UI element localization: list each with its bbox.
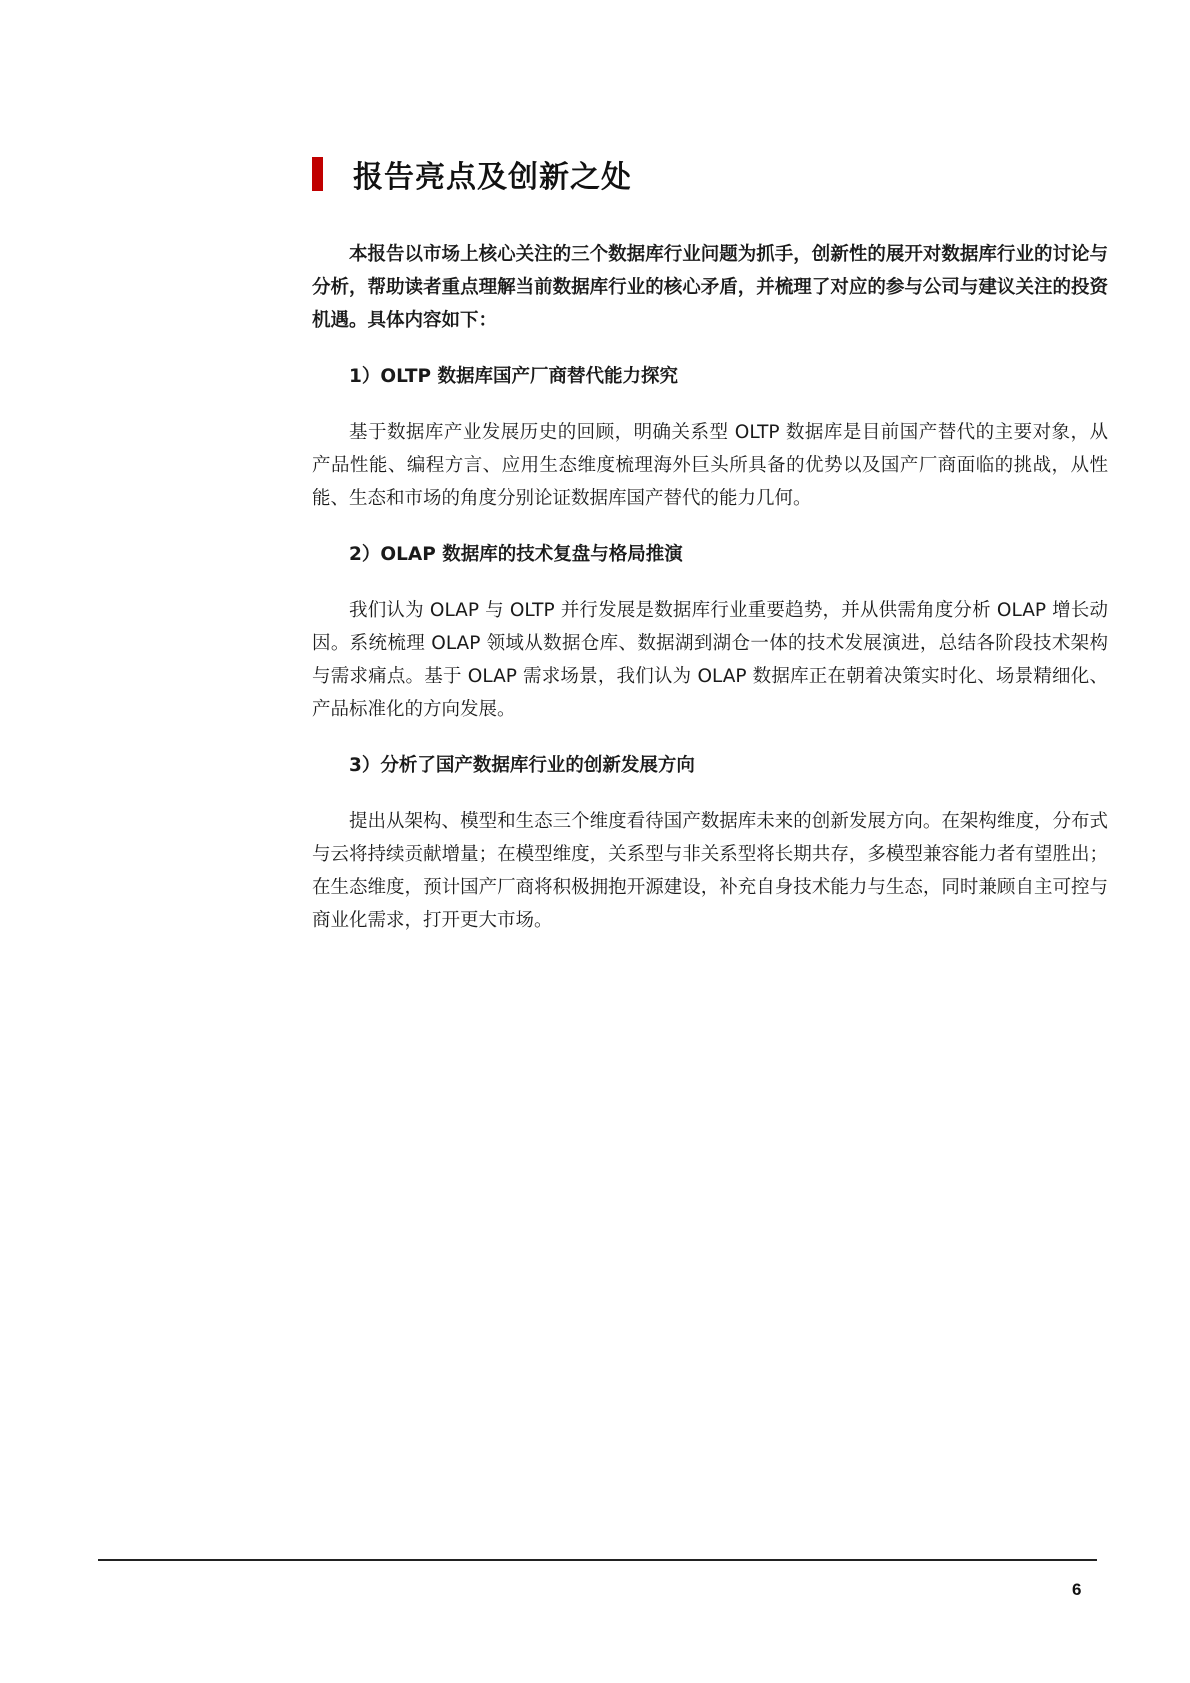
section-title: 报告亮点及创新之处: [353, 152, 632, 196]
section-accent-bar: [312, 157, 323, 191]
page-number: 6: [1072, 1580, 1081, 1600]
document-page: 报告亮点及创新之处 本报告以市场上核心关注的三个数据库行业问题为抓手，创新性的展…: [0, 0, 1190, 1683]
intro-paragraph: 本报告以市场上核心关注的三个数据库行业问题为抓手，创新性的展开对数据库行业的讨论…: [312, 238, 1108, 337]
item-1-heading: 1）OLTP 数据库国产厂商替代能力探究: [312, 360, 1108, 393]
section-header: 报告亮点及创新之处: [312, 152, 632, 196]
main-content: 本报告以市场上核心关注的三个数据库行业问题为抓手，创新性的展开对数据库行业的讨论…: [312, 238, 1108, 937]
item-3-body: 提出从架构、模型和生态三个维度看待国产数据库未来的创新发展方向。在架构维度，分布…: [312, 805, 1108, 937]
item-1-body: 基于数据库产业发展历史的回顾，明确关系型 OLTP 数据库是目前国产替代的主要对…: [312, 416, 1108, 515]
item-3-heading: 3）分析了国产数据库行业的创新发展方向: [312, 749, 1108, 782]
footer-divider: [98, 1559, 1097, 1561]
item-2-body: 我们认为 OLAP 与 OLTP 并行发展是数据库行业重要趋势，并从供需角度分析…: [312, 594, 1108, 726]
item-2-heading: 2）OLAP 数据库的技术复盘与格局推演: [312, 538, 1108, 571]
